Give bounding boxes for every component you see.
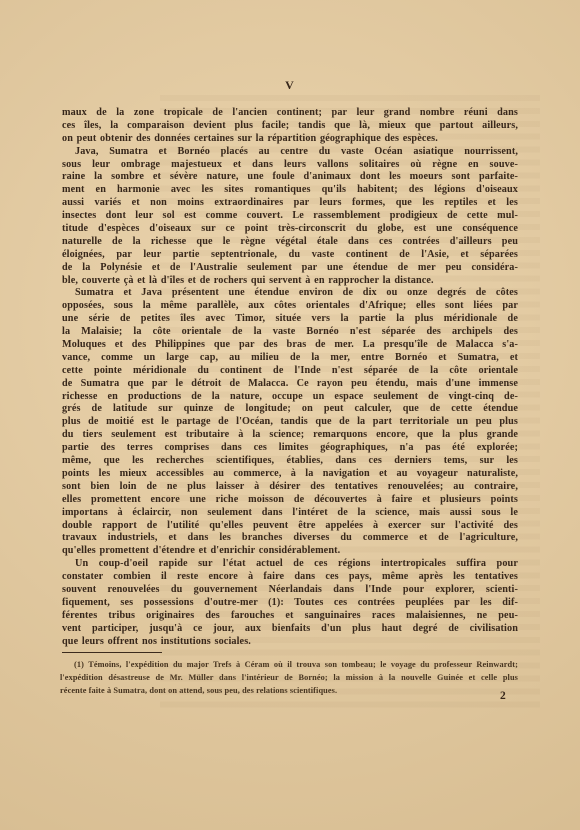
text-line: plus de moitié est le partage de l'Océan… <box>62 416 518 429</box>
page-header-numeral: V <box>62 78 518 93</box>
text-line: points les mieux accessibles au commerce… <box>62 468 518 481</box>
text-line: ces îles, la comparaison devient plus fa… <box>62 120 518 133</box>
text-line: Sumatra et Java présentent une étendue e… <box>62 287 518 300</box>
text-line: de Sumatra que par le détroit de Malacca… <box>62 378 518 391</box>
text-line: naturelle de la richesse que le règne vé… <box>62 236 518 249</box>
text-line: vent participer, jusqu'à ce jour, aux bi… <box>62 623 518 636</box>
text-line: Moluques et des Philippines que par des … <box>62 339 518 352</box>
text-line: même, que les recherches scientifiques, … <box>62 455 518 468</box>
text-line: qu'elles promettent d'étendre et d'enric… <box>62 545 518 558</box>
text-line: sont bien loin de ne plus laisser à dési… <box>62 481 518 494</box>
text-line: souvent renouvelées du gouvernement Néer… <box>62 584 518 597</box>
text-line: raine la sombre et sévère nature, une fo… <box>62 171 518 184</box>
text-line: cette pointe méridionale du continent de… <box>62 365 518 378</box>
text-line: partie des terres comprises dans ces lim… <box>62 442 518 455</box>
text-line: aussi variés et non moins extraordinaire… <box>62 197 518 210</box>
text-line: l'expédition désastreuse de Mr. Müller d… <box>60 671 518 684</box>
text-line: vance, comme un large cap, au milieu de … <box>62 352 518 365</box>
footnote: (1) Témoins, l'expédition du major Trefs… <box>60 658 518 697</box>
text-line: la Malaisie; la côte orientale de la vas… <box>62 326 518 339</box>
text-line: éloignées, par leur partie septentrional… <box>62 249 518 262</box>
text-line: récente faite à Sumatra, dont on attend,… <box>60 684 518 697</box>
text-line: ble, couverte çà et là d'îles et de roch… <box>62 275 518 288</box>
text-line: titude d'espèces d'oiseaux sur ce point … <box>62 223 518 236</box>
text-line: de la Polynésie et de l'Australie seulem… <box>62 262 518 275</box>
text-line: ment en harmonie avec les sites romantiq… <box>62 184 518 197</box>
text-line: (1) Témoins, l'expédition du major Trefs… <box>60 658 518 671</box>
text-line: travaux industriels, et dans les branche… <box>62 532 518 545</box>
text-line: maux de la zone tropicale de l'ancien co… <box>62 107 518 120</box>
text-line: Un coup-d'oeil rapide sur l'état actuel … <box>62 558 518 571</box>
text-line: richesse en productions de la nature, oc… <box>62 391 518 404</box>
text-line: double rapport de l'utilité qu'elles peu… <box>62 520 518 533</box>
text-line: insectes dont leur sol est comme couvert… <box>62 210 518 223</box>
page-number: 2 <box>500 690 506 702</box>
text-line: que leurs offrent nos institutions socia… <box>62 636 518 649</box>
text-line: férentes tribus originaires des farouche… <box>62 610 518 623</box>
footnote-rule <box>62 652 162 653</box>
text-line: grés de latitude sur quinze de longitude… <box>62 403 518 416</box>
text-line: elles promettent encore une riche moisso… <box>62 494 518 507</box>
body-text: maux de la zone tropicale de l'ancien co… <box>62 107 518 648</box>
text-line: du tiers seulement est tributaire à la s… <box>62 429 518 442</box>
text-line: on peut obtenir des données certaines su… <box>62 133 518 146</box>
text-line: opposées, sous la même parallèle, aux cô… <box>62 300 518 313</box>
text-line: constater combien il reste encore à fair… <box>62 571 518 584</box>
book-page: V maux de la zone tropicale de l'ancien … <box>0 0 580 830</box>
text-line: sous leur ombrage majestueux et dans leu… <box>62 159 518 172</box>
text-line: Java, Sumatra et Bornéo placés au centre… <box>62 146 518 159</box>
text-line: fiquement, ses possessions d'outre-mer (… <box>62 597 518 610</box>
text-line: une série de petites îles avec Timor, si… <box>62 313 518 326</box>
text-line: importans à éclaircir, non seulement dan… <box>62 507 518 520</box>
